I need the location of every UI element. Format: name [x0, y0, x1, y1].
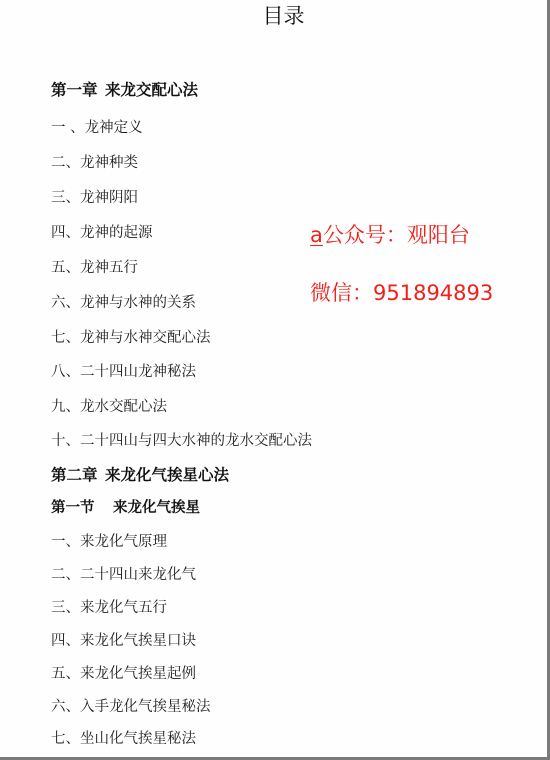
section-number: 第一节 — [51, 498, 113, 518]
toc-item: 八、二十四山龙神秘法 — [51, 362, 196, 382]
document-page: 目录 第一章来龙交配心法 一 、龙神定义 二、龙神种类 三、龙神阴阳 四、龙神的… — [0, 0, 550, 760]
toc-item: 一、来龙化气原理 — [51, 532, 167, 552]
toc-item: 九、龙水交配心法 — [51, 397, 167, 417]
chapter-heading: 第二章来龙化气挨星心法 — [51, 465, 229, 485]
toc-item: 十、二十四山与四大水神的龙水交配心法 — [51, 431, 312, 451]
watermark-account-text: 公众号：观阳台 — [323, 223, 470, 247]
toc-item: 二、龙神种类 — [51, 153, 138, 173]
chapter-number: 第一章 — [51, 80, 105, 100]
watermark-wechat: 微信：951894893 — [310, 279, 493, 307]
toc-item: 五、龙神五行 — [51, 258, 138, 278]
toc-item: 四、龙神的起源 — [51, 223, 153, 243]
toc-item: 七、龙神与水神交配心法 — [51, 328, 211, 348]
toc-item: 六、龙神与水神的关系 — [51, 293, 196, 313]
toc-item: 三、龙神阴阳 — [51, 188, 138, 208]
toc-item: 三、来龙化气五行 — [51, 598, 167, 618]
page-title: 目录 — [0, 2, 550, 30]
toc-item: 二、二十四山来龙化气 — [51, 565, 196, 585]
toc-item: 五、来龙化气挨星起例 — [51, 664, 196, 684]
watermark-public-account: a公众号：观阳台 — [310, 221, 470, 249]
toc-item: 一 、龙神定义 — [51, 118, 143, 138]
toc-item: 六、入手龙化气挨星秘法 — [51, 697, 211, 717]
section-title: 来龙化气挨星 — [113, 499, 200, 516]
toc-item: 七、坐山化气挨星秘法 — [51, 729, 196, 749]
chapter-heading: 第一章来龙交配心法 — [51, 80, 198, 100]
toc-item: 四、来龙化气挨星口诀 — [51, 631, 196, 651]
chapter-title: 来龙交配心法 — [105, 80, 198, 99]
watermark-prefix: a — [310, 223, 323, 247]
chapter-title: 来龙化气挨星心法 — [105, 465, 229, 484]
chapter-number: 第二章 — [51, 465, 105, 485]
section-heading: 第一节来龙化气挨星 — [51, 498, 200, 518]
